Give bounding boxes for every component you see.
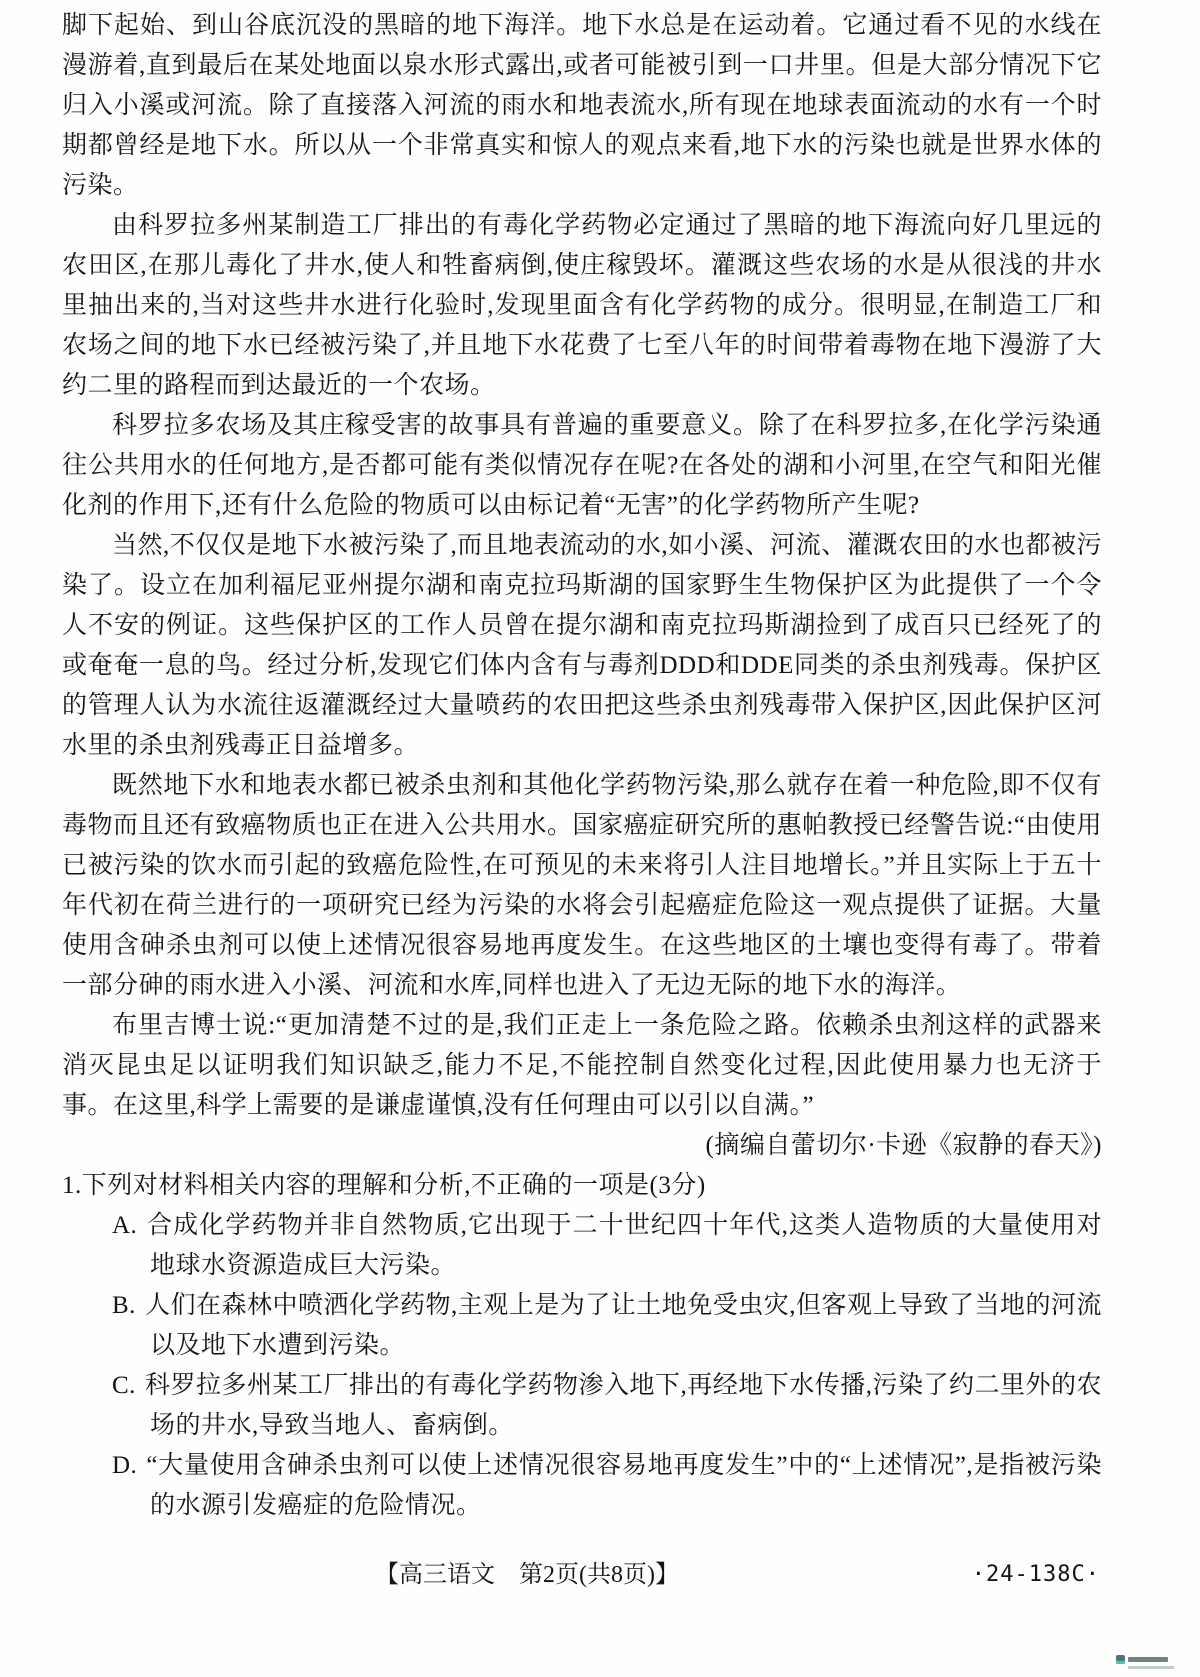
question-1-stem: 1.下列对材料相关内容的理解和分析,不正确的一项是(3分) [62, 1166, 1102, 1206]
option-d-text: “大量使用含砷杀虫剂可以使上述情况很容易地再度发生”中的“上述情况”,是指被污染… [146, 1452, 1102, 1519]
question-1-option-c: C.科罗拉多州某工厂排出的有毒化学药物渗入地下,再经地下水传播,污染了约二里外的… [62, 1366, 1102, 1446]
watermark-subtext-blur [1128, 1666, 1174, 1669]
option-b-label: B. [112, 1292, 136, 1319]
option-a-text: 合成化学药物并非自然物质,它出现于二十世纪四十年代,这类人造物质的大量使用对地球… [146, 1212, 1102, 1279]
option-b-text: 人们在森林中喷洒化学药物,主观上是为了让土地免受虫灾,但客观上导致了当地的河流以… [145, 1292, 1102, 1359]
scan-watermark [1116, 1655, 1178, 1669]
passage-paragraph: 当然,不仅仅是地下水被污染了,而且地表流动的水,如小溪、河流、灌溉农田的水也都被… [62, 526, 1102, 766]
passage-paragraph: 科罗拉多农场及其庄稼受害的故事具有普遍的重要意义。除了在科罗拉多,在化学污染通往… [62, 406, 1102, 526]
footer-paper-code: ·24-138C· [972, 1558, 1100, 1592]
option-d-label: D. [112, 1452, 137, 1479]
passage-and-question: 脚下起始、到山谷底沉没的黑暗的地下海洋。地下水总是在运动着。它通过看不见的水线在… [62, 6, 1102, 1526]
footer-page-label: 【高三语文 第2页(共8页)】 [62, 1558, 992, 1592]
watermark-logo-icon [1116, 1655, 1125, 1664]
option-c-label: C. [112, 1372, 136, 1399]
passage-paragraph: 由科罗拉多州某制造工厂排出的有毒化学药物必定通过了黑暗的地下海流向好几里远的农田… [62, 206, 1102, 406]
passage-attribution: (摘编自蕾切尔·卡逊《寂静的春天》) [62, 1126, 1102, 1166]
option-c-text: 科罗拉多州某工厂排出的有毒化学药物渗入地下,再经地下水传播,污染了约二里外的农场… [145, 1372, 1102, 1439]
option-a-label: A. [112, 1212, 137, 1239]
passage-paragraph: 既然地下水和地表水都已被杀虫剂和其他化学药物污染,那么就存在着一种危险,即不仅有… [62, 766, 1102, 1006]
watermark-text-blur [1128, 1657, 1168, 1662]
passage-paragraph: 脚下起始、到山谷底沉没的黑暗的地下海洋。地下水总是在运动着。它通过看不见的水线在… [62, 6, 1102, 206]
passage-paragraph: 布里吉博士说:“更加清楚不过的是,我们正走上一条危险之路。依赖杀虫剂这样的武器来… [62, 1006, 1102, 1126]
question-1-option-a: A.合成化学药物并非自然物质,它出现于二十世纪四十年代,这类人造物质的大量使用对… [62, 1206, 1102, 1286]
question-1-option-b: B.人们在森林中喷洒化学药物,主观上是为了让土地免受虫灾,但客观上导致了当地的河… [62, 1286, 1102, 1366]
question-1-option-d: D.“大量使用含砷杀虫剂可以使上述情况很容易地再度发生”中的“上述情况”,是指被… [62, 1446, 1102, 1526]
exam-paper-page: 脚下起始、到山谷底沉没的黑暗的地下海洋。地下水总是在运动着。它通过看不见的水线在… [0, 0, 1200, 1677]
